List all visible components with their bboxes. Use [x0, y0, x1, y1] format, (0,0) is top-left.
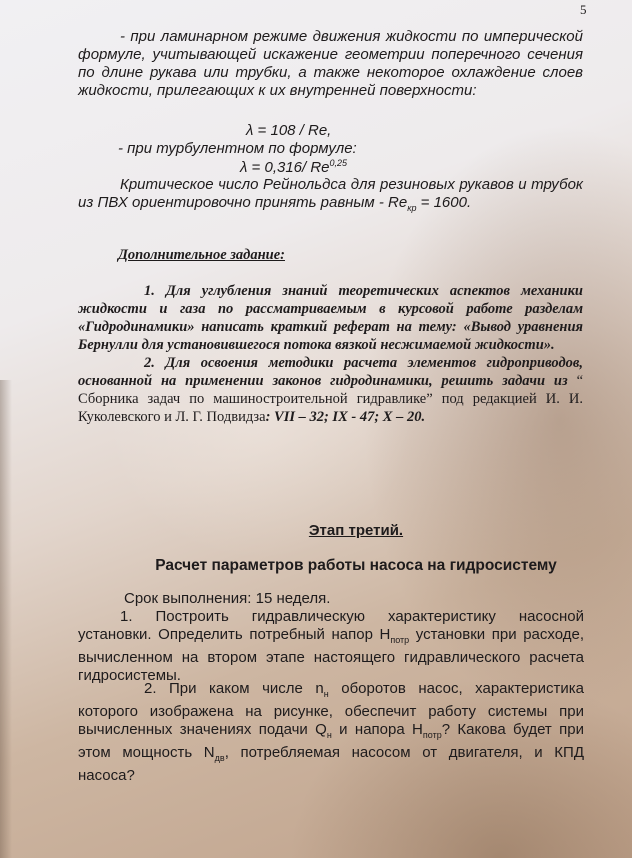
formula-turbulent-exponent: 0,25 — [330, 158, 348, 168]
stage3-deadline: Срок выполнения: 15 неделя. — [124, 590, 330, 608]
turbulent-intro: - при турбулентном по формуле: — [118, 140, 357, 157]
n-dv-subscript: дв — [215, 753, 225, 763]
additional-task-heading-text: Дополнительное задание: — [118, 247, 285, 263]
h-subscript: потр — [423, 730, 442, 740]
formula-turbulent-base: λ = 0,316/ Re — [240, 159, 330, 176]
item2-references: : VII – 32; IX - 47; X – 20. — [266, 409, 426, 425]
additional-task-item-2: 2. Для освоения методики расчета элемент… — [78, 354, 583, 426]
formula-laminar: λ = 108 / Re, — [246, 122, 331, 139]
additional-task-heading: Дополнительное задание: — [118, 246, 285, 264]
critical-reynolds-paragraph: Критическое число Рейнольдса для резинов… — [78, 176, 583, 217]
laminar-paragraph: - при ламинарном режиме движения жидкост… — [78, 28, 583, 100]
document-page: 5 - при ламинарном режиме движения жидко… — [0, 0, 632, 858]
stage3-item2-text-c: и напора H — [332, 721, 423, 738]
stage3-item2-text-a: 2. При каком числе n — [144, 680, 324, 697]
stage3-heading: Этап третий. — [0, 522, 632, 540]
h-potr-subscript: потр — [390, 635, 409, 645]
formula-turbulent: λ = 0,316/ Re0,25 — [240, 158, 347, 176]
stage3-subheading: Расчет параметров работы насоса на гидро… — [0, 557, 632, 575]
stage3-heading-text: Этап третий. — [309, 522, 403, 539]
stage3-item-1: 1. Построить гидравлическую характеристи… — [78, 608, 584, 685]
critical-text: Критическое число Рейнольдса для резинов… — [78, 176, 583, 211]
page-number: 5 — [580, 2, 587, 18]
critical-subscript: кр — [407, 203, 416, 213]
stage3-item-2: 2. При каком числе nн оборотов насос, ха… — [78, 680, 584, 785]
item2-bold-text: 2. Для освоения методики расчета элемент… — [78, 355, 583, 389]
critical-value: = 1600. — [417, 194, 472, 211]
additional-task-item-1: 1. Для углубления знаний теоретических а… — [78, 282, 583, 354]
